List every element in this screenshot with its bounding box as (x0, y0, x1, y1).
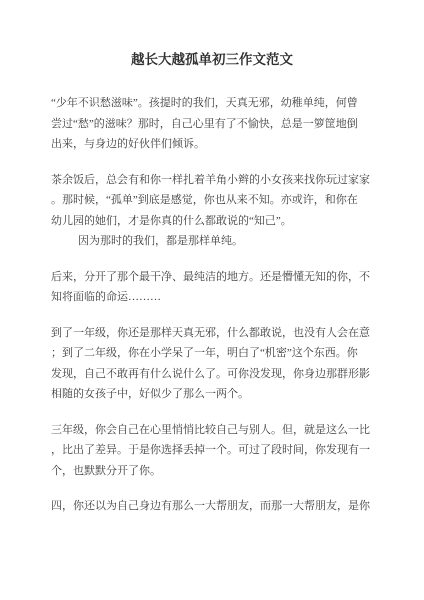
text-line: 四，你还以为自己身边有那么一大帮朋友，而那一大帮朋友，是你 (51, 496, 373, 517)
text-line: 因为那时的我们，都是那样单纯。 (51, 231, 373, 252)
text-line: ，比出了差异。于是你选择丢掉一个。可过了段时间，你发现有一 (51, 440, 373, 461)
text-line: “少年不识愁滋味”。孩提时的我们，天真无邪，幼稚单纯，何曾 (51, 93, 373, 114)
text-line: 个，也默默分开了你。 (51, 461, 373, 482)
document-page: 越长大越孤单初三作文范文 “少年不识愁滋味”。孩提时的我们，天真无邪，幼稚单纯，… (0, 0, 424, 600)
text-line: 幼儿园的她们，才是你真的什么都敢说的“知己”。 (51, 211, 373, 232)
text-line: 茶余饭后，总会有和你一样扎着羊角小辫的小女孩来找你玩过家家 (51, 170, 373, 191)
essay-title: 越长大越孤单初三作文范文 (51, 50, 373, 70)
paragraph-3: 因为那时的我们，都是那样单纯。 (51, 231, 373, 252)
paragraph-5: 到了一年级，你还是那样天真无邪，什么都敢说，也没有人会在意 ；到了二年级，你在小… (51, 323, 373, 405)
paragraph-4: 后来，分开了那个最干净、最纯洁的地方。还是懵懂无知的你，不 知将面临的命运……… (51, 267, 373, 308)
text-line: 后来，分开了那个最干净、最纯洁的地方。还是懵懂无知的你，不 (51, 267, 373, 288)
text-line: 知将面临的命运……… (51, 287, 373, 308)
text-line: 发现，自己不敢再有什么说什么了。可你没发现，你身边那群形影 (51, 364, 373, 385)
text-line: 尝过“愁”的滋味？那时，自己心里有了不愉快，总是一箩筐地倒 (51, 114, 373, 135)
text-line: 到了一年级，你还是那样天真无邪，什么都敢说，也没有人会在意 (51, 323, 373, 344)
text-line: 三年级，你会自己在心里悄悄比较自己与别人。但，就是这么一比 (51, 420, 373, 441)
paragraph-7: 四，你还以为自己身边有那么一大帮朋友，而那一大帮朋友，是你 (51, 496, 373, 517)
text-line: 出来，与身边的好伙伴们倾诉。 (51, 134, 373, 155)
text-line: 。那时候，“孤单”到底是感觉，你也从来不知。亦或许，和你在 (51, 190, 373, 211)
paragraph-6: 三年级，你会自己在心里悄悄比较自己与别人。但，就是这么一比 ，比出了差异。于是你… (51, 420, 373, 482)
text-line: 相随的女孩子中，好似少了那么一两个。 (51, 384, 373, 405)
text-line: ；到了二年级，你在小学呆了一年，明白了“机密”这个东西。你 (51, 343, 373, 364)
paragraph-1: “少年不识愁滋味”。孩提时的我们，天真无邪，幼稚单纯，何曾 尝过“愁”的滋味？那… (51, 93, 373, 155)
paragraph-2: 茶余饭后，总会有和你一样扎着羊角小辫的小女孩来找你玩过家家 。那时候，“孤单”到… (51, 170, 373, 232)
